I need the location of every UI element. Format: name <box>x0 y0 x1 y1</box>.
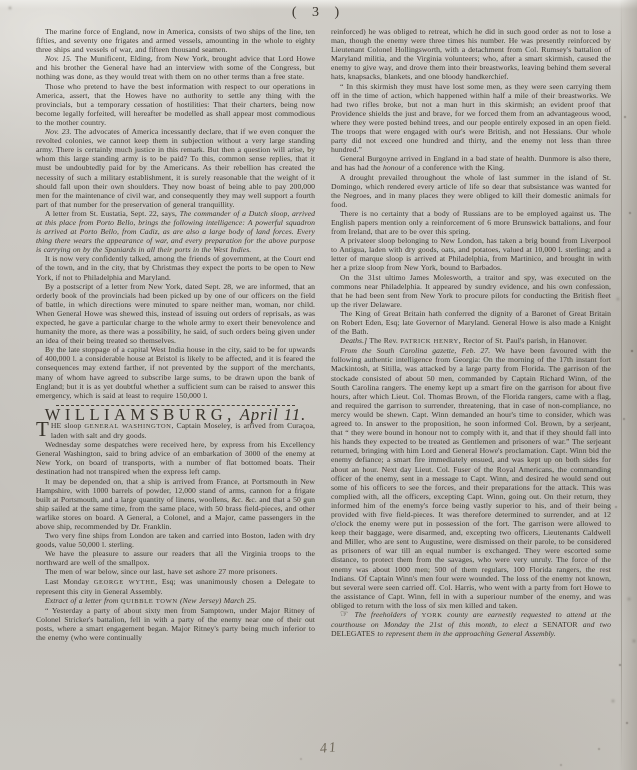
text-run: The marine force of England, now in Amer… <box>36 27 315 54</box>
text-run: (New Jersey) March 25. <box>178 596 257 605</box>
article-paragraph: Nov. 15. The Munificent, Elding, from Ne… <box>36 54 315 81</box>
text-run: A letter from St. Eustatia, Sept. 22, sa… <box>45 209 180 218</box>
text-run: We have been favoured with the following… <box>331 346 611 610</box>
text-run: to represent them in the approaching Gen… <box>375 629 556 638</box>
text-run: It may be depended on, that a ship is ar… <box>36 477 315 531</box>
column-left: The marine force of England, now in Amer… <box>36 27 315 642</box>
article-paragraph: The marine force of England, now in Amer… <box>36 27 315 54</box>
article-paragraph: “ Yesterday a party of about sixty men f… <box>36 606 315 642</box>
text-run: YORK <box>422 612 443 619</box>
article-paragraph: It is now very confidently talked, among… <box>36 254 315 281</box>
text-run: Wednesday some despatches were received … <box>36 440 315 476</box>
article-paragraph: The men of war below, since our last, ha… <box>36 567 315 576</box>
article-paragraph: A letter from St. Eustatia, Sept. 22, sa… <box>36 209 315 254</box>
text-run: The men of war below, since our last, ha… <box>45 567 277 576</box>
article-paragraph: THE sloop GENERAL WASHINGTON, Captain Mo… <box>36 421 315 440</box>
manicule-icon: ☞ <box>340 609 355 620</box>
article-paragraph: Last Monday GEORGE WYTHE, Esq; was unani… <box>36 577 315 596</box>
paper-specks <box>0 0 2 2</box>
text-run: There is no certainty that a body of Rus… <box>331 209 611 236</box>
text-run: By a postscript of a letter from New Yor… <box>36 282 315 346</box>
text-run: The advocates of America incessantly dec… <box>36 127 315 209</box>
page-number: ( 3 ) <box>0 5 637 21</box>
article-paragraph: “ In this skirmish they must have lost s… <box>331 82 611 155</box>
article-paragraph: General Burgoyne arrived in England in a… <box>331 154 611 172</box>
text-run: honour <box>383 163 406 172</box>
text-run: Extract of a letter from <box>45 596 121 605</box>
article-paragraph: From the South Carolina gazette, Feb. 27… <box>331 346 611 610</box>
text-run: Nov. 15. <box>45 54 72 63</box>
text-run: Deaths.] <box>340 336 367 345</box>
text-run: It is now very confidently talked, among… <box>36 254 315 281</box>
text-run: GEORGE WYTHE <box>94 579 155 586</box>
article-paragraph: Those who pretend to have the best infor… <box>36 82 315 127</box>
text-run: Nov. 23. <box>45 127 72 136</box>
text-run: SENATOR <box>543 620 578 629</box>
text-run: GENERAL WASHINGTON <box>84 423 171 430</box>
text-run: From the South Carolina gazette, Feb. 27… <box>340 346 490 355</box>
article-paragraph: A privateer sloop belonging to New Londo… <box>331 236 611 272</box>
paper-crease-line <box>621 0 622 770</box>
text-run: On the 31st ultimo James Molesworth, a t… <box>331 273 611 309</box>
column-right: reinforced) he was obliged to retreat, w… <box>331 27 611 638</box>
text-run: “ Yesterday a party of about sixty men f… <box>36 606 315 642</box>
newspaper-scan-page: ( 3 ) The marine force of England, now i… <box>0 0 637 770</box>
text-run: A drought prevailed throughout the whole… <box>331 173 611 209</box>
article-paragraph: By a postscript of a letter from New Yor… <box>36 282 315 346</box>
article-paragraph: By the late stoppage of a capital West I… <box>36 345 315 400</box>
article-paragraph: The King of Great Britain hath conferred… <box>331 309 611 336</box>
dateline-heading: WILLIAMSBURG,April 11. <box>36 410 315 419</box>
article-paragraph: Two very fine ships from London are take… <box>36 531 315 549</box>
article-paragraph: reinforced) he was obliged to retreat, w… <box>331 27 611 82</box>
article-paragraph: Wednesday some despatches were received … <box>36 440 315 476</box>
text-run: DELEGATES <box>331 629 375 638</box>
article-paragraph: On the 31st ultimo James Molesworth, a t… <box>331 273 611 309</box>
text-run: Those who pretend to have the best infor… <box>36 82 315 127</box>
text-run: The freeholders of <box>355 610 422 619</box>
text-run: Last Monday <box>45 577 94 586</box>
text-run: A privateer sloop belonging to New Londo… <box>331 236 611 272</box>
article-paragraph: ☞ The freeholders of YORK county are ear… <box>331 610 611 638</box>
text-run: “ In this skirmish they must have lost s… <box>331 82 611 155</box>
text-run: , Rector of St. Paul's parish, in Hanove… <box>459 336 587 345</box>
text-run: QUIBBLE TOWN <box>121 598 178 605</box>
text-run: Two very fine ships from London are take… <box>36 531 315 549</box>
article-paragraph: We have the pleasure to assure our reade… <box>36 549 315 567</box>
article-paragraph: Extract of a letter from QUIBBLE TOWN (N… <box>36 596 315 606</box>
text-run: By the late stoppage of a capital West I… <box>36 345 315 399</box>
article-paragraph: Nov. 23. The advocates of America incess… <box>36 127 315 209</box>
article-paragraph: A drought prevailed throughout the whole… <box>331 173 611 209</box>
text-run: PATRICK HENRY <box>400 338 459 345</box>
text-run: reinforced) he was obliged to retreat, w… <box>331 27 611 81</box>
article-paragraph: It may be depended on, that a ship is ar… <box>36 477 315 532</box>
text-run: We have the pleasure to assure our reade… <box>36 549 315 567</box>
text-run: The Rev. <box>367 336 400 345</box>
text-run: The King of Great Britain hath conferred… <box>331 309 611 336</box>
article-paragraph: Deaths.] The Rev. PATRICK HENRY, Rector … <box>331 336 611 346</box>
article-paragraph: There is no certainty that a body of Rus… <box>331 209 611 236</box>
text-run: The Munificent, Elding, from New York, b… <box>36 54 315 81</box>
text-run: and two <box>578 620 611 629</box>
text-run: of a conference with the King. <box>405 163 504 172</box>
text-run: HE sloop <box>51 421 84 430</box>
handwritten-mark: 41 <box>319 740 339 758</box>
